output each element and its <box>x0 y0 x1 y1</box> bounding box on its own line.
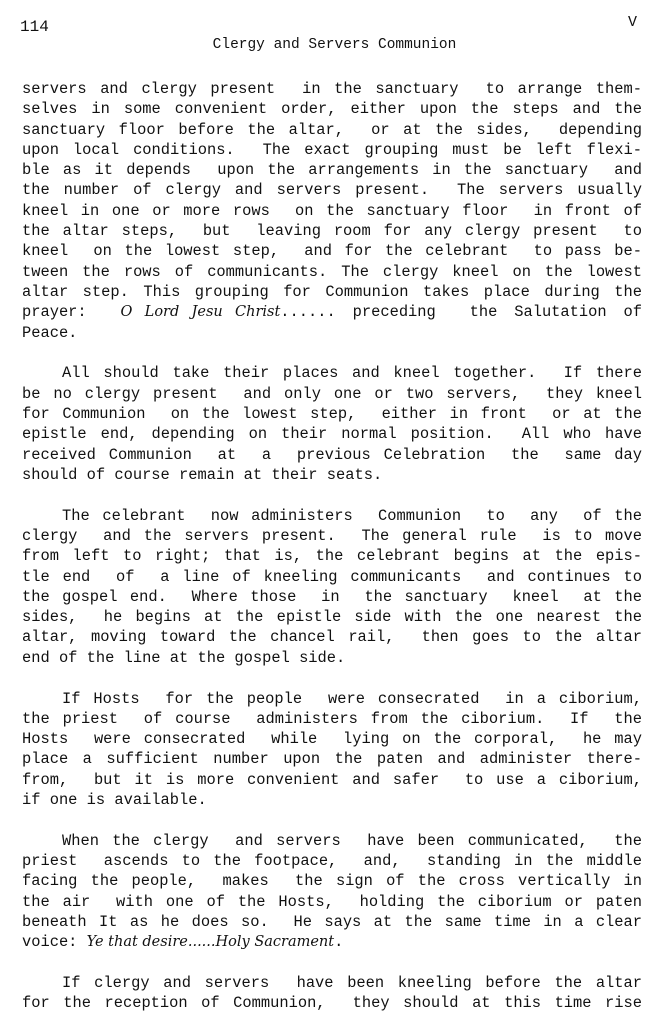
text-line: the gospel end. Where those in the sanct… <box>22 587 642 607</box>
text-line: place a sufficient number upon the paten… <box>22 749 642 769</box>
text-line: prayer: O Lord Jesu Christ...... precedi… <box>22 302 642 322</box>
text-line: the altar steps, but leaving room for an… <box>22 221 642 241</box>
text-line: from, but it is more convenient and safe… <box>22 770 642 790</box>
text-line: tle end of a line of kneeling communican… <box>22 567 642 587</box>
section-mark: V <box>628 14 637 31</box>
text-line: if one is available. <box>22 790 642 810</box>
paragraph: The celebrant now administers Communion … <box>22 506 642 668</box>
italic-quote: O Lord Jesu Christ <box>121 304 281 320</box>
text-line: altar step. This grouping for Communion … <box>22 282 642 302</box>
text-line: kneel in one or more rows on the sanctua… <box>22 201 642 221</box>
text-line: If Hosts for the people were consecrated… <box>22 689 642 709</box>
text-line: the air with one of the Hosts, holding t… <box>22 892 642 912</box>
text-line: If clergy and servers have been kneeling… <box>22 973 642 993</box>
text-line: for the reception of Communion, they sho… <box>22 993 642 1013</box>
paragraph: All should take their places and kneel t… <box>22 363 642 485</box>
text-line: clergy and the servers present. The gene… <box>22 526 642 546</box>
text-line: facing the people, makes the sign of the… <box>22 871 642 891</box>
text-line: beneath It as he does so. He says at the… <box>22 912 642 932</box>
text-line: ble as it depends upon the arrangements … <box>22 160 642 180</box>
text-line: from left to right; that is, the celebra… <box>22 546 642 566</box>
italic-quote: Ye that desire......Holy Sacrament <box>87 934 334 950</box>
page-number: 114 <box>20 18 49 36</box>
paragraph: If Hosts for the people were consecrated… <box>22 689 642 811</box>
text-line: selves in some convenient order, either … <box>22 99 642 119</box>
text-line: When the clergy and servers have been co… <box>22 831 642 851</box>
text-line: the number of clergy and servers present… <box>22 180 642 200</box>
text-line: The celebrant now administers Communion … <box>22 506 642 526</box>
text-line: upon local conditions. The exact groupin… <box>22 140 642 160</box>
text-line: sanctuary floor before the altar, or at … <box>22 120 642 140</box>
text-line: received Communion at a previous Celebra… <box>22 445 642 465</box>
text-line: voice: Ye that desire......Holy Sacramen… <box>22 932 642 952</box>
paragraph: servers and clergy present in the sanctu… <box>22 79 642 343</box>
text-line: All should take their places and kneel t… <box>22 363 642 383</box>
body-text: servers and clergy present in the sanctu… <box>22 79 642 1033</box>
text-line: priest ascends to the footpace, and, sta… <box>22 851 642 871</box>
text-line: for Communion on the lowest step, either… <box>22 404 642 424</box>
text-line: Hosts were consecrated while lying on th… <box>22 729 642 749</box>
text-line: servers and clergy present in the sanctu… <box>22 79 642 99</box>
text-line: should of course remain at their seats. <box>22 465 642 485</box>
text-line: the priest of course administers from th… <box>22 709 642 729</box>
text-line: sides, he begins at the epistle side wit… <box>22 607 642 627</box>
text-line: tween the rows of communicants. The cler… <box>22 262 642 282</box>
paragraph: When the clergy and servers have been co… <box>22 831 642 953</box>
text-line: altar, moving toward the chancel rail, t… <box>22 627 642 647</box>
text-line: kneel on the lowest step, and for the ce… <box>22 241 642 261</box>
text-line: Peace. <box>22 323 642 343</box>
paragraph: If clergy and servers have been kneeling… <box>22 973 642 1014</box>
text-line: be no clergy present and only one or two… <box>22 384 642 404</box>
text-line: end of the line at the gospel side. <box>22 648 642 668</box>
page-title: Clergy and Servers Communion <box>0 37 669 53</box>
document-page: 114 V Clergy and Servers Communion serve… <box>0 0 669 1033</box>
text-line: epistle end, depending on their normal p… <box>22 424 642 444</box>
